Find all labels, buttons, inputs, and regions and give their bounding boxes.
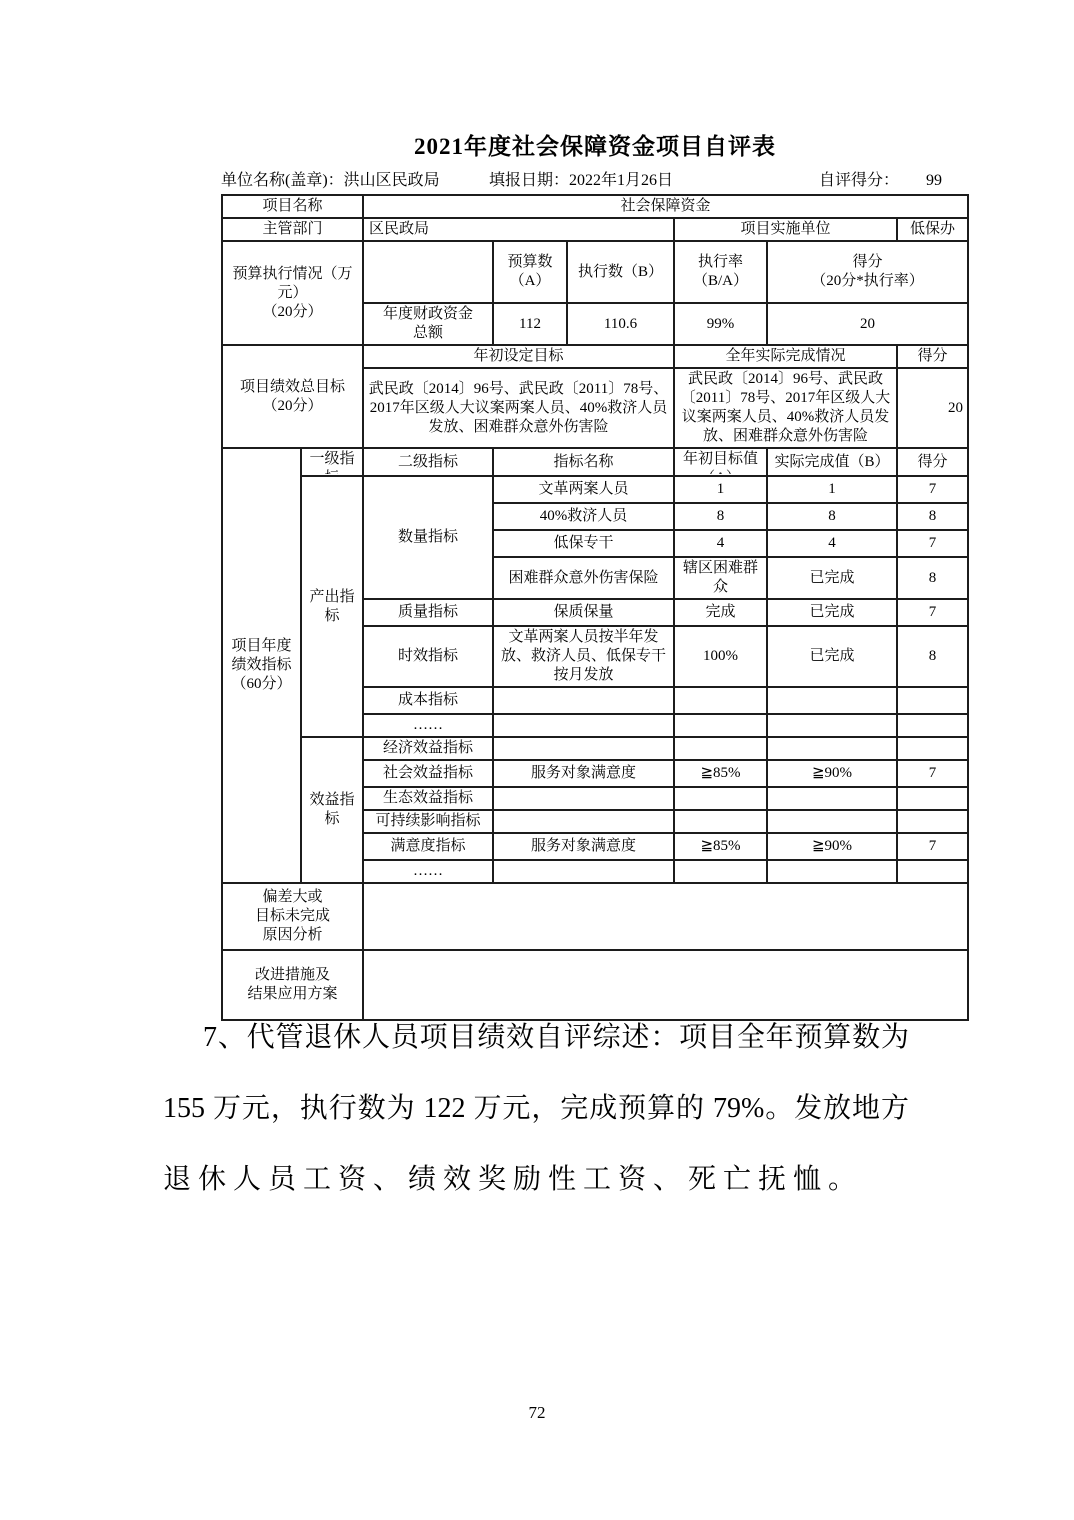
group-benefit-label: 效益指标 bbox=[301, 737, 363, 883]
indicator-actual bbox=[767, 810, 897, 833]
indicator-name: 文革两案人员按半年发放、救济人员、低保专干按月发放 bbox=[493, 626, 674, 687]
indicator-name: 服务对象满意度 bbox=[493, 760, 674, 787]
deviation-content bbox=[363, 883, 968, 950]
impl-unit-value: 低保办 bbox=[897, 218, 968, 241]
indicator-score: 8 bbox=[897, 557, 968, 599]
self-score-value: 99 bbox=[899, 171, 969, 191]
indicator-name: 文革两案人员 bbox=[493, 476, 674, 503]
indicator-actual: 已完成 bbox=[767, 557, 897, 599]
indicator-target bbox=[674, 687, 767, 714]
indicator-level2: …… bbox=[363, 860, 493, 883]
indicator-actual bbox=[767, 737, 897, 760]
indicator-target: 完成 bbox=[674, 599, 767, 626]
header-target: 年初目标值（A） bbox=[674, 448, 767, 476]
indicator-score bbox=[897, 860, 968, 883]
indicator-level2: 满意度指标 bbox=[363, 833, 493, 860]
summary-line: 退休人员工资、绩效奖励性工资、死亡抚恤。 bbox=[163, 1144, 909, 1215]
impl-unit-label: 项目实施单位 bbox=[674, 218, 897, 241]
dept-label: 主管部门 bbox=[222, 218, 363, 241]
indicator-target bbox=[674, 714, 767, 737]
form-area: 2021年度社会保障资金项目自评表 单位名称(盖章)：洪山区民政局 填报日期：2… bbox=[221, 132, 969, 1021]
budget-section-label: 预算执行情况（万 元） （20分） bbox=[222, 241, 363, 345]
indicator-name: 服务对象满意度 bbox=[493, 833, 674, 860]
self-score: 自评得分： 99 bbox=[819, 171, 969, 191]
indicator-actual: 1 bbox=[767, 476, 897, 503]
indicator-actual bbox=[767, 787, 897, 810]
indicator-score: 7 bbox=[897, 599, 968, 626]
indicator-score: 7 bbox=[897, 476, 968, 503]
goal-set-text: 武民政〔2014〕96号、武民政〔2011〕78号、2017年区级人大议案两案人… bbox=[363, 368, 674, 448]
indicator-score: 7 bbox=[897, 530, 968, 557]
goal-actual-text: 武民政〔2014〕96号、武民政〔2011〕78号、2017年区级人大议案两案人… bbox=[674, 368, 897, 448]
indicator-target bbox=[674, 860, 767, 883]
project-name-label: 项目名称 bbox=[222, 195, 363, 218]
dept-value: 区民政局 bbox=[363, 218, 674, 241]
budget-a-value: 112 bbox=[493, 303, 567, 345]
budget-table: 预算执行情况（万 元） （20分） 预算数 （A） 执行数（B） 执行率 （B/… bbox=[221, 240, 969, 346]
indicator-target: 4 bbox=[674, 530, 767, 557]
indicator-name bbox=[493, 737, 674, 760]
indicator-target: 1 bbox=[674, 476, 767, 503]
indicator-actual bbox=[767, 714, 897, 737]
deviation-label: 偏差大或 目标未完成 原因分析 bbox=[222, 883, 363, 950]
indicators-section-label: 项目年度绩效指标（60分） bbox=[222, 448, 301, 883]
group-output-label: 产出指标 bbox=[301, 476, 363, 737]
header-indicator-name: 指标名称 bbox=[493, 448, 674, 476]
indicator-name bbox=[493, 860, 674, 883]
header-level2: 二级指标 bbox=[363, 448, 493, 476]
goal-set-header: 年初设定目标 bbox=[363, 345, 674, 368]
goal-table: 项目绩效总目标 （20分） 年初设定目标 全年实际完成情况 得分 武民政〔201… bbox=[221, 344, 969, 449]
indicator-target: ≧85% bbox=[674, 833, 767, 860]
indicator-target: ≧85% bbox=[674, 760, 767, 787]
budget-col-score-header: 得分 （20分*执行率） bbox=[767, 241, 968, 303]
goal-score-value: 20 bbox=[897, 368, 968, 448]
budget-col-rate-header: 执行率 （B/A） bbox=[674, 241, 767, 303]
budget-col-b-header: 执行数（B） bbox=[567, 241, 674, 303]
summary-paragraph: 7、代管退休人员项目绩效自评综述：项目全年预算数为 155 万元，执行数为 12… bbox=[163, 1002, 909, 1215]
indicator-name: 困难群众意外伤害保险 bbox=[493, 557, 674, 599]
indicator-target: 8 bbox=[674, 503, 767, 530]
budget-blank-cell bbox=[363, 241, 493, 303]
indicator-target bbox=[674, 787, 767, 810]
basic-info-table: 项目名称 社会保障资金 主管部门 区民政局 项目实施单位 低保办 bbox=[221, 194, 969, 242]
summary-line: 155 万元，执行数为 122 万元，完成预算的 79%。发放地方 bbox=[163, 1073, 909, 1144]
budget-score-value: 20 bbox=[767, 303, 968, 345]
indicator-actual: 已完成 bbox=[767, 599, 897, 626]
indicator-score bbox=[897, 787, 968, 810]
indicator-score: 7 bbox=[897, 833, 968, 860]
fill-date: 填报日期：2022年1月26日 bbox=[489, 171, 819, 191]
indicators-table: 项目年度绩效指标（60分） 一级指标 二级指标 指标名称 年初目标值（A） 实际… bbox=[221, 447, 969, 884]
deviation-table: 偏差大或 目标未完成 原因分析 bbox=[221, 882, 969, 951]
goal-actual-header: 全年实际完成情况 bbox=[674, 345, 897, 368]
indicator-target bbox=[674, 737, 767, 760]
indicator-target bbox=[674, 810, 767, 833]
indicator-level2: 可持续影响指标 bbox=[363, 810, 493, 833]
indicator-actual: 4 bbox=[767, 530, 897, 557]
indicator-score bbox=[897, 714, 968, 737]
indicator-target: 100% bbox=[674, 626, 767, 687]
indicator-actual bbox=[767, 860, 897, 883]
indicator-level2: 质量指标 bbox=[363, 599, 493, 626]
info-line: 单位名称(盖章)：洪山区民政局 填报日期：2022年1月26日 自评得分： 99 bbox=[221, 171, 969, 191]
page-number: 72 bbox=[0, 1403, 1074, 1423]
unit-name: 单位名称(盖章)：洪山区民政局 bbox=[221, 171, 489, 191]
self-score-label: 自评得分： bbox=[819, 171, 899, 191]
indicator-level2: …… bbox=[363, 714, 493, 737]
budget-col-a-header: 预算数 （A） bbox=[493, 241, 567, 303]
indicator-name: 低保专干 bbox=[493, 530, 674, 557]
header-score: 得分 bbox=[897, 448, 968, 476]
header-level1: 一级指标 bbox=[301, 448, 363, 476]
indicator-name: 保质保量 bbox=[493, 599, 674, 626]
indicator-level2: 经济效益指标 bbox=[363, 737, 493, 760]
indicator-level2: 社会效益指标 bbox=[363, 760, 493, 787]
summary-line: 7、代管退休人员项目绩效自评综述：项目全年预算数为 bbox=[163, 1002, 909, 1073]
header-actual: 实际完成值（B） bbox=[767, 448, 897, 476]
budget-row-label: 年度财政资金 总额 bbox=[363, 303, 493, 345]
document-page: 2021年度社会保障资金项目自评表 单位名称(盖章)：洪山区民政局 填报日期：2… bbox=[0, 0, 1074, 1520]
indicator-name bbox=[493, 787, 674, 810]
indicator-level2: 时效指标 bbox=[363, 626, 493, 687]
indicator-score: 8 bbox=[897, 503, 968, 530]
budget-b-value: 110.6 bbox=[567, 303, 674, 345]
indicator-row: 效益指标 经济效益指标 bbox=[222, 737, 968, 760]
project-name-value: 社会保障资金 bbox=[363, 195, 968, 218]
indicator-score bbox=[897, 687, 968, 714]
document-title: 2021年度社会保障资金项目自评表 bbox=[221, 132, 969, 162]
indicator-target: 辖区困难群众 bbox=[674, 557, 767, 599]
indicator-name: 40%救济人员 bbox=[493, 503, 674, 530]
indicator-row: 产出指标 数量指标 文革两案人员 1 1 7 bbox=[222, 476, 968, 503]
indicator-score: 7 bbox=[897, 760, 968, 787]
indicator-score bbox=[897, 810, 968, 833]
indicator-level2: 成本指标 bbox=[363, 687, 493, 714]
indicator-actual: ≧90% bbox=[767, 760, 897, 787]
goal-section-label: 项目绩效总目标 （20分） bbox=[222, 345, 363, 448]
sub-quantity-label: 数量指标 bbox=[363, 476, 493, 599]
budget-rate-value: 99% bbox=[674, 303, 767, 345]
indicator-actual: ≧90% bbox=[767, 833, 897, 860]
indicator-name bbox=[493, 810, 674, 833]
indicator-actual bbox=[767, 687, 897, 714]
indicator-name bbox=[493, 714, 674, 737]
goal-score-header: 得分 bbox=[897, 345, 968, 368]
indicator-name bbox=[493, 687, 674, 714]
indicator-actual: 已完成 bbox=[767, 626, 897, 687]
indicator-score: 8 bbox=[897, 626, 968, 687]
indicator-actual: 8 bbox=[767, 503, 897, 530]
indicator-level2: 生态效益指标 bbox=[363, 787, 493, 810]
indicator-score bbox=[897, 737, 968, 760]
